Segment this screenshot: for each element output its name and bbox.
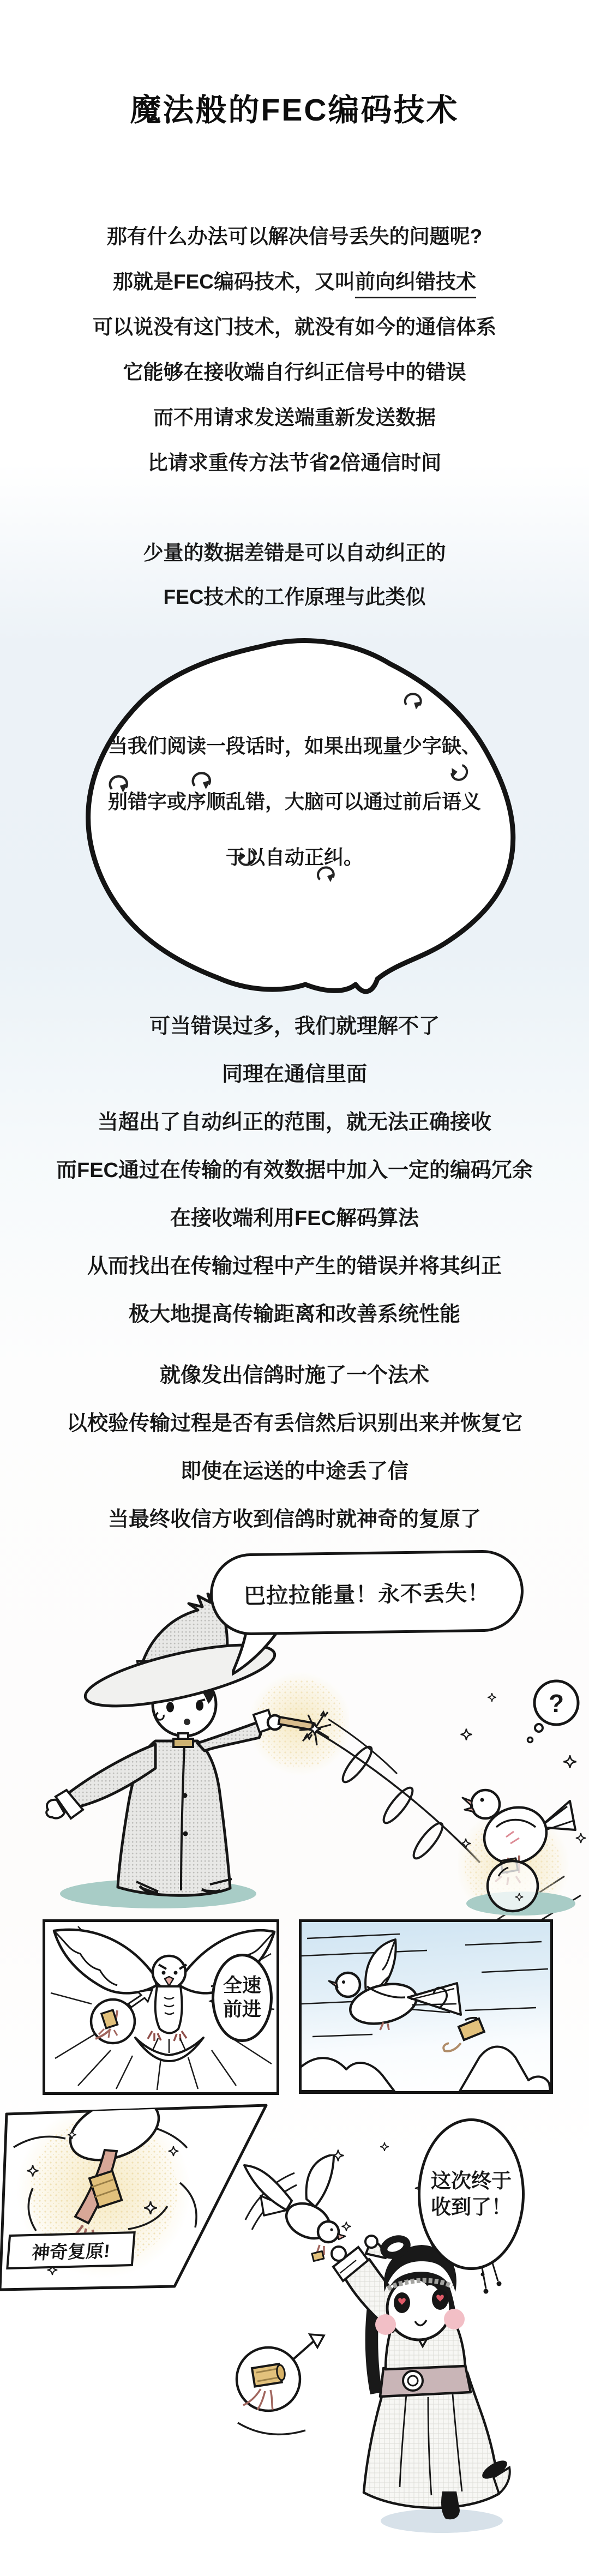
- brain-cloud-illustration: [49, 630, 540, 1017]
- magic-line: 即使在运送的中途丢了信: [0, 1448, 589, 1496]
- analogy-line: FEC技术的工作原理与此类似: [0, 575, 589, 619]
- explanation-paragraph: 可当错误过多，我们就理解不了 同理在通信里面 当超出了自动纠正的范围，就无法正确…: [0, 1002, 589, 1338]
- panel-full-speed: 全速 前进: [43, 1919, 279, 2095]
- sparkle-icon: [461, 1729, 472, 1740]
- intro-paragraph: 那有什么办法可以解决信号丢失的问题呢? 那就是FEC编码技术，又叫前向纠错技术 …: [0, 214, 589, 485]
- underlined-term: 前向纠错技术: [355, 271, 476, 298]
- panel2-art: [302, 1922, 550, 2091]
- spell-speech-bubble: 巴拉拉能量！永不丢失！: [209, 1550, 524, 1636]
- explain-line: 而FEC通过在传输的有效数据中加入一定的编码冗余: [0, 1146, 589, 1194]
- intro-line: 而不用请求发送端重新发送数据: [0, 395, 589, 440]
- mountains: [302, 2047, 550, 2092]
- spell-text: 巴拉拉能量！永不丢失！: [244, 1575, 490, 1610]
- cloud-line: 于以自动正纠。: [49, 842, 540, 870]
- flying-pigeon-side: [329, 1939, 461, 2030]
- restore-label-text: 神奇复原!: [31, 2237, 111, 2265]
- cloud-line: 别错字或序顺乱错，大脑可以通过前后语义: [49, 786, 540, 814]
- blush: [375, 2314, 396, 2335]
- explain-line: 极大地提高传输距离和改善系统性能: [0, 1290, 589, 1338]
- leg-inset-circle: [91, 1990, 152, 2043]
- intro-line-underlined: 那就是FEC编码技术，又叫前向纠错技术: [0, 259, 589, 304]
- intro-line2-prefix: 那就是FEC编码技术，又叫: [113, 271, 355, 293]
- receive-line: 这次终于: [431, 2168, 512, 2194]
- girl-shoe: [441, 2491, 460, 2519]
- inset-motion-arc: [238, 2423, 305, 2434]
- panel-tube-lost: [299, 1919, 553, 2094]
- magic-paragraph: 就像发出信鸽时施了一个法术 以校验传输过程是否有丢信然后识别出来并恢复它 即使在…: [0, 1352, 589, 1544]
- brain-cloud-outline: [88, 641, 513, 992]
- sparkle-icon: [576, 1833, 586, 1843]
- analogy-line: 少量的数据差错是可以自动纠正的: [0, 531, 589, 575]
- magic-line: 以校验传输过程是否有丢信然后识别出来并恢复它: [0, 1400, 589, 1448]
- explain-line: 当超出了自动纠正的范围，就无法正确接收: [0, 1098, 589, 1146]
- page-title: 魔法般的FEC编码技术: [0, 85, 589, 130]
- blush: [444, 2309, 465, 2329]
- intro-line: 那有什么办法可以解决信号丢失的问题呢?: [0, 214, 589, 259]
- full-speed-bubble: 全速 前进: [212, 1954, 273, 2042]
- explain-line: 同理在通信里面: [0, 1050, 589, 1098]
- message-tube: [459, 2019, 484, 2040]
- cloud-line: 当我们阅读一段话时，如果出现量少字缺、: [49, 731, 540, 759]
- girl-illustration: [319, 2231, 554, 2547]
- intro-line: 它能够在接收端自行纠正信号中的错误: [0, 350, 589, 395]
- sparkle-icon: [563, 1755, 576, 1768]
- crystal-ball: [488, 1861, 538, 1911]
- receive-line: 收到了！: [431, 2194, 512, 2220]
- trail-ring-icon: [410, 1820, 447, 1862]
- bubble-line: 前进: [223, 1998, 261, 2022]
- question-mark: ?: [549, 1689, 564, 1718]
- bubble-line: 全速: [223, 1974, 261, 1998]
- tube-inset: [229, 2329, 333, 2460]
- explain-line: 从而找出在传输过程中产生的错误并将其纠正: [0, 1242, 589, 1290]
- question-bubble: ?: [528, 1681, 579, 1743]
- sparkle-icon: [488, 1693, 496, 1702]
- trail-ring-icon: [380, 1784, 417, 1827]
- sparkle-icon: [380, 2142, 389, 2151]
- analogy-paragraph: 少量的数据差错是可以自动纠正的 FEC技术的工作原理与此类似: [0, 531, 589, 619]
- receive-speech-bubble: 这次终于 收到了！: [418, 2118, 525, 2270]
- explain-line: 在接收端利用FEC解码算法: [0, 1194, 589, 1242]
- girl-shadow: [381, 2509, 503, 2533]
- intro-line: 比请求重传方法节省2倍通信时间: [0, 440, 589, 485]
- restore-label: 神奇复原!: [6, 2231, 136, 2269]
- intro-line: 可以说没有这门技术，就没有如今的通信体系: [0, 304, 589, 350]
- magic-line: 当最终收信方收到信鸽时就神奇的复原了: [0, 1496, 589, 1544]
- magic-line: 就像发出信鸽时施了一个法术: [0, 1352, 589, 1400]
- explain-line: 可当错误过多，我们就理解不了: [0, 1002, 589, 1050]
- perched-pigeon-illustration: ?: [458, 1664, 589, 1920]
